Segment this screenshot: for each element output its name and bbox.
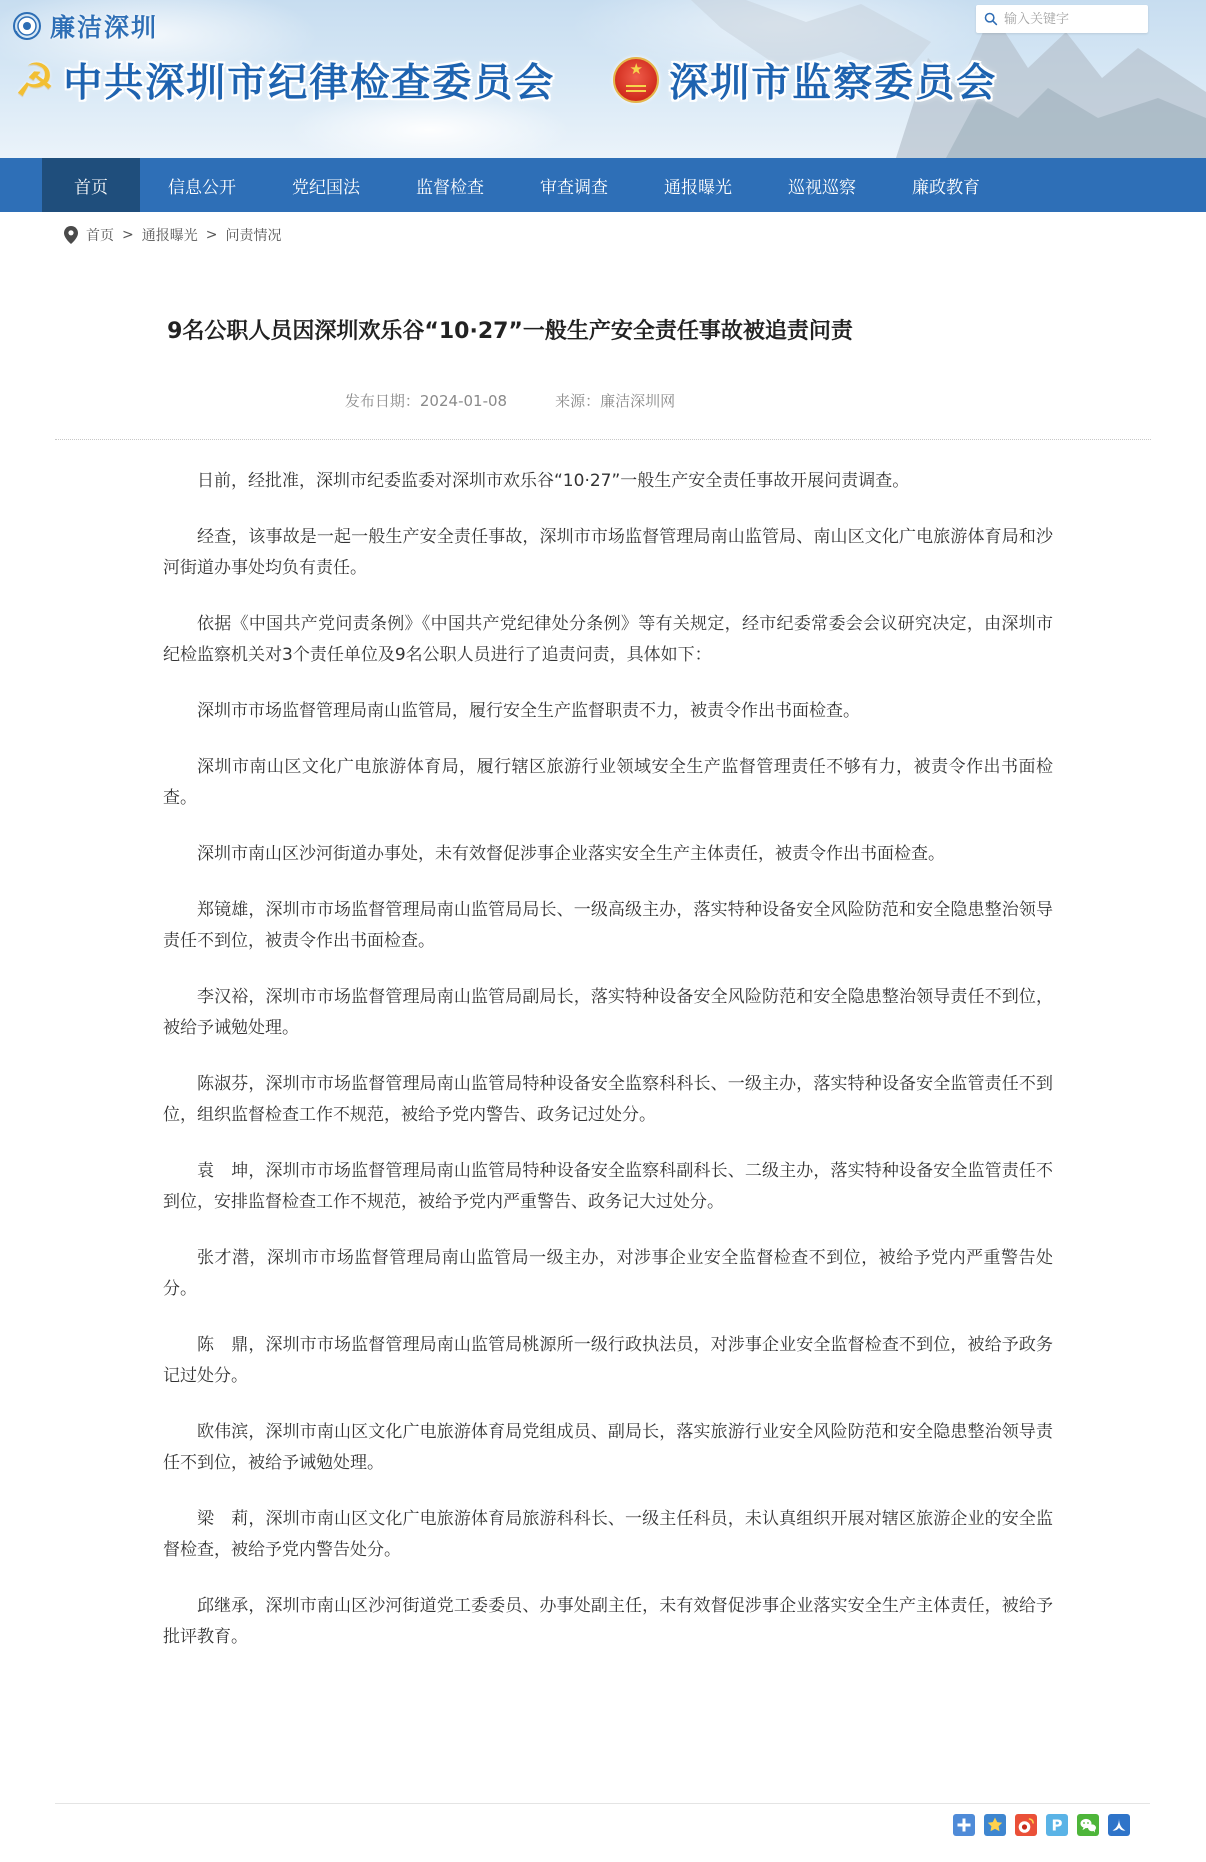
org2-title: 深圳市监察委员会	[669, 52, 997, 108]
nav-item-exposure[interactable]: 通报曝光	[636, 158, 760, 212]
paragraph: 深圳市南山区文化广电旅游体育局，履行辖区旅游行业领域安全生产监督管理责任不够有力…	[163, 752, 1053, 814]
breadcrumb-separator: >	[122, 227, 134, 243]
site-logo-text: 廉洁深圳	[50, 8, 158, 44]
paragraph: 深圳市市场监督管理局南山监管局，履行安全生产监督职责不力，被责令作出书面检查。	[163, 696, 1053, 727]
party-emblem-icon: ☭	[14, 54, 55, 106]
page: 廉洁深圳 ☭ 中共深圳市纪律检查委员会 ★ 深圳市监察委员会 首页 信息公开 党…	[0, 0, 1206, 1862]
breadcrumb-home[interactable]: 首页	[86, 225, 114, 245]
qzone-icon[interactable]	[984, 1814, 1006, 1836]
source-label: 来源：	[555, 392, 600, 410]
paragraph: 郑镜雄，深圳市市场监督管理局南山监管局局长、一级高级主办，落实特种设备安全风险防…	[163, 895, 1053, 957]
page-title: 9名公职人员因深圳欢乐谷“10·27”一般生产安全责任事故被追责问责	[55, 316, 965, 348]
search-box[interactable]	[976, 5, 1148, 33]
breadcrumb-accountability[interactable]: 问责情况	[225, 225, 281, 245]
share-bar: P	[55, 1803, 1150, 1836]
paragraph: 张才潜，深圳市市场监督管理局南山监管局一级主办，对涉事企业安全监督检查不到位，被…	[163, 1243, 1053, 1305]
paragraph: 经查，该事故是一起一般生产安全责任事故，深圳市市场监督管理局南山监管局、南山区文…	[163, 522, 1053, 584]
pengyou-icon[interactable]: P	[1046, 1814, 1068, 1836]
location-pin-icon	[64, 226, 78, 244]
source-value: 廉洁深圳网	[600, 392, 675, 410]
wechat-icon[interactable]	[1077, 1814, 1099, 1836]
paragraph: 日前，经批准，深圳市纪委监委对深圳市欢乐谷“10·27”一般生产安全责任事故开展…	[163, 466, 1053, 497]
site-logo[interactable]: 廉洁深圳	[12, 8, 158, 44]
nav-item-education[interactable]: 廉政教育	[884, 158, 1008, 212]
paragraph: 袁 坤，深圳市市场监督管理局南山监管局特种设备安全监察科副科长、二级主办，落实特…	[163, 1156, 1053, 1218]
nav-item-inspection-tour[interactable]: 巡视巡察	[760, 158, 884, 212]
org1-title: 中共深圳市纪律检查委员会	[63, 52, 555, 108]
article-body: 日前，经批准，深圳市纪委监委对深圳市欢乐谷“10·27”一般生产安全责任事故开展…	[55, 440, 1151, 1653]
paragraph: 陈淑芬，深圳市市场监督管理局南山监管局特种设备安全监察科科长、一级主办，落实特种…	[163, 1069, 1053, 1131]
renren-icon[interactable]	[1108, 1814, 1130, 1836]
nav-item-investigation[interactable]: 审查调查	[512, 158, 636, 212]
main-nav: 首页 信息公开 党纪国法 监督检查 审查调查 通报曝光 巡视巡察 廉政教育	[0, 158, 1206, 212]
breadcrumb-separator: >	[206, 227, 218, 243]
publish-date-label: 发布日期：	[345, 392, 420, 410]
breadcrumb: 首页 > 通报曝光 > 问责情况	[0, 212, 1206, 258]
search-icon[interactable]	[984, 11, 998, 27]
article-meta: 发布日期：2024-01-08来源：廉洁深圳网	[55, 390, 965, 411]
nav-item-party-discipline[interactable]: 党纪国法	[264, 158, 388, 212]
national-emblem-icon: ★	[613, 57, 659, 103]
nav-item-home[interactable]: 首页	[42, 158, 140, 212]
nav-item-supervision[interactable]: 监督检查	[388, 158, 512, 212]
paragraph: 深圳市南山区沙河街道办事处，未有效督促涉事企业落实安全生产主体责任，被责令作出书…	[163, 839, 1053, 870]
site-logo-icon	[12, 11, 42, 41]
svg-text:P: P	[1052, 1817, 1063, 1835]
breadcrumb-exposure[interactable]: 通报曝光	[142, 225, 198, 245]
site-banner: 廉洁深圳 ☭ 中共深圳市纪律检查委员会 ★ 深圳市监察委员会	[0, 0, 1206, 158]
share-more-icon[interactable]	[953, 1814, 975, 1836]
article: 9名公职人员因深圳欢乐谷“10·27”一般生产安全责任事故被追责问责 发布日期：…	[55, 258, 1151, 1653]
paragraph: 欧伟滨，深圳市南山区文化广电旅游体育局党组成员、副局长，落实旅游行业安全风险防范…	[163, 1417, 1053, 1479]
publish-date: 2024-01-08	[420, 392, 507, 410]
nav-item-info-disclosure[interactable]: 信息公开	[140, 158, 264, 212]
paragraph: 李汉裕，深圳市市场监督管理局南山监管局副局长，落实特种设备安全风险防范和安全隐患…	[163, 982, 1053, 1044]
org-header: ☭ 中共深圳市纪律检查委员会 ★ 深圳市监察委员会	[14, 52, 997, 108]
search-input[interactable]	[1004, 12, 1140, 27]
paragraph: 邱继承，深圳市南山区沙河街道党工委委员、办事处副主任，未有效督促涉事企业落实安全…	[163, 1591, 1053, 1653]
article-header: 9名公职人员因深圳欢乐谷“10·27”一般生产安全责任事故被追责问责 发布日期：…	[55, 258, 965, 411]
paragraph: 梁 莉，深圳市南山区文化广电旅游体育局旅游科科长、一级主任科员，未认真组织开展对…	[163, 1504, 1053, 1566]
paragraph: 依据《中国共产党问责条例》《中国共产党纪律处分条例》等有关规定，经市纪委常委会会…	[163, 609, 1053, 671]
weibo-icon[interactable]	[1015, 1814, 1037, 1836]
paragraph: 陈 鼎，深圳市市场监督管理局南山监管局桃源所一级行政执法员，对涉事企业安全监督检…	[163, 1330, 1053, 1392]
